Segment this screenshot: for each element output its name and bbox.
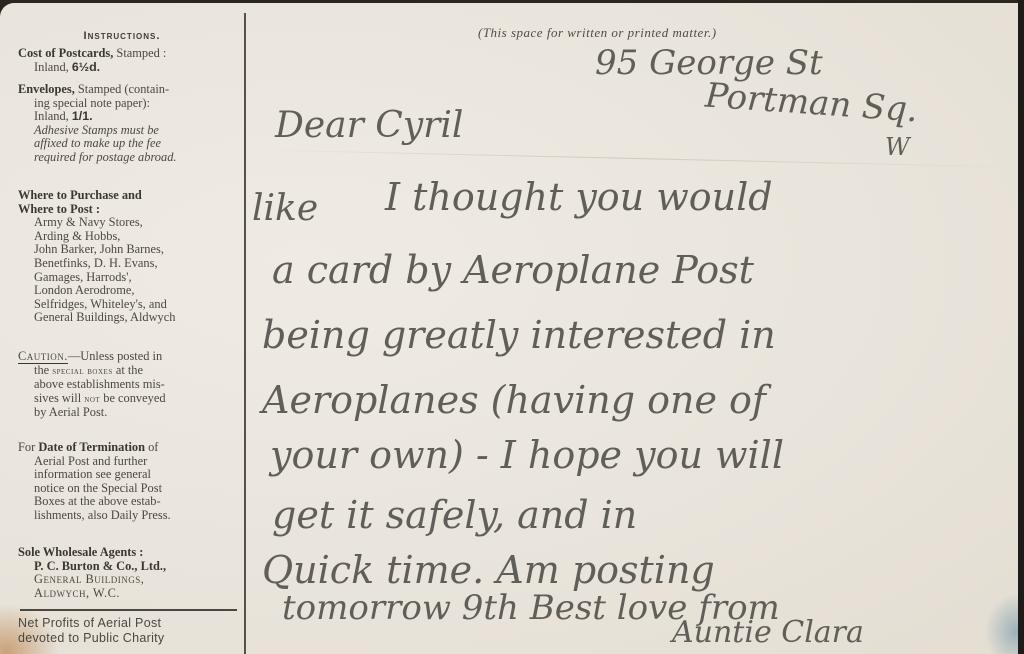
letter-line: like [252, 188, 318, 229]
caution-section: Caution.—Unless posted in the special bo… [18, 350, 238, 420]
agents-section: Sole Wholesale Agents : P. C. Burton & C… [18, 546, 238, 600]
store-item: General Buildings, Aldwych [18, 311, 238, 325]
address-line: W [885, 133, 910, 161]
address-line: Portman Sq. [704, 76, 919, 131]
store-item: John Barker, John Barnes, [18, 243, 238, 257]
card-edge-shadow [1018, 0, 1024, 654]
letter-line: get it safely, and in [272, 493, 637, 537]
store-item: London Aerodrome, [18, 284, 238, 298]
store-item: Benetfinks, D. H. Evans, [18, 257, 238, 271]
instructions-title: Instructions. [0, 30, 244, 44]
letter-line: your own) - I hope you will [270, 433, 784, 477]
store-item: Arding & Hobbs, [18, 230, 238, 244]
letter-line: I thought you would [385, 175, 773, 219]
letter-line: being greatly interested in [262, 313, 776, 357]
vertical-divider [244, 13, 246, 654]
store-item: Gamages, Harrods', [18, 271, 238, 285]
cost-section: Cost of Postcards, Stamped : Inland, 6½d… [18, 47, 238, 74]
termination-section: For Date of Termination of Aerial Post a… [18, 441, 238, 523]
letter-line: a card by Aeroplane Post [272, 248, 754, 292]
age-stain [985, 593, 1018, 654]
store-item: Army & Navy Stores, [18, 216, 238, 230]
letter-line: Dear Cyril [275, 105, 463, 146]
postcard-price: 6½d. [72, 60, 100, 74]
footer-divider [20, 609, 237, 611]
postcard-back: Instructions. Cost of Postcards, Stamped… [0, 3, 1018, 654]
letter-line: Quick time. Am posting [262, 548, 715, 592]
space-caption: (This space for written or printed matte… [478, 25, 717, 41]
letter-line: Aeroplanes (having one of [262, 378, 766, 422]
charity-note: Net Profits of Aerial Post devoted to Pu… [18, 616, 240, 646]
envelopes-section: Envelopes, Stamped (contain- ing special… [18, 83, 238, 165]
store-item: Selfridges, Whiteley's, and [18, 298, 238, 312]
where-to-purchase-section: Where to Purchase and Where to Post : Ar… [18, 189, 238, 325]
envelope-price: 1/1. [72, 109, 93, 123]
signature: Auntie Clara [672, 615, 864, 650]
